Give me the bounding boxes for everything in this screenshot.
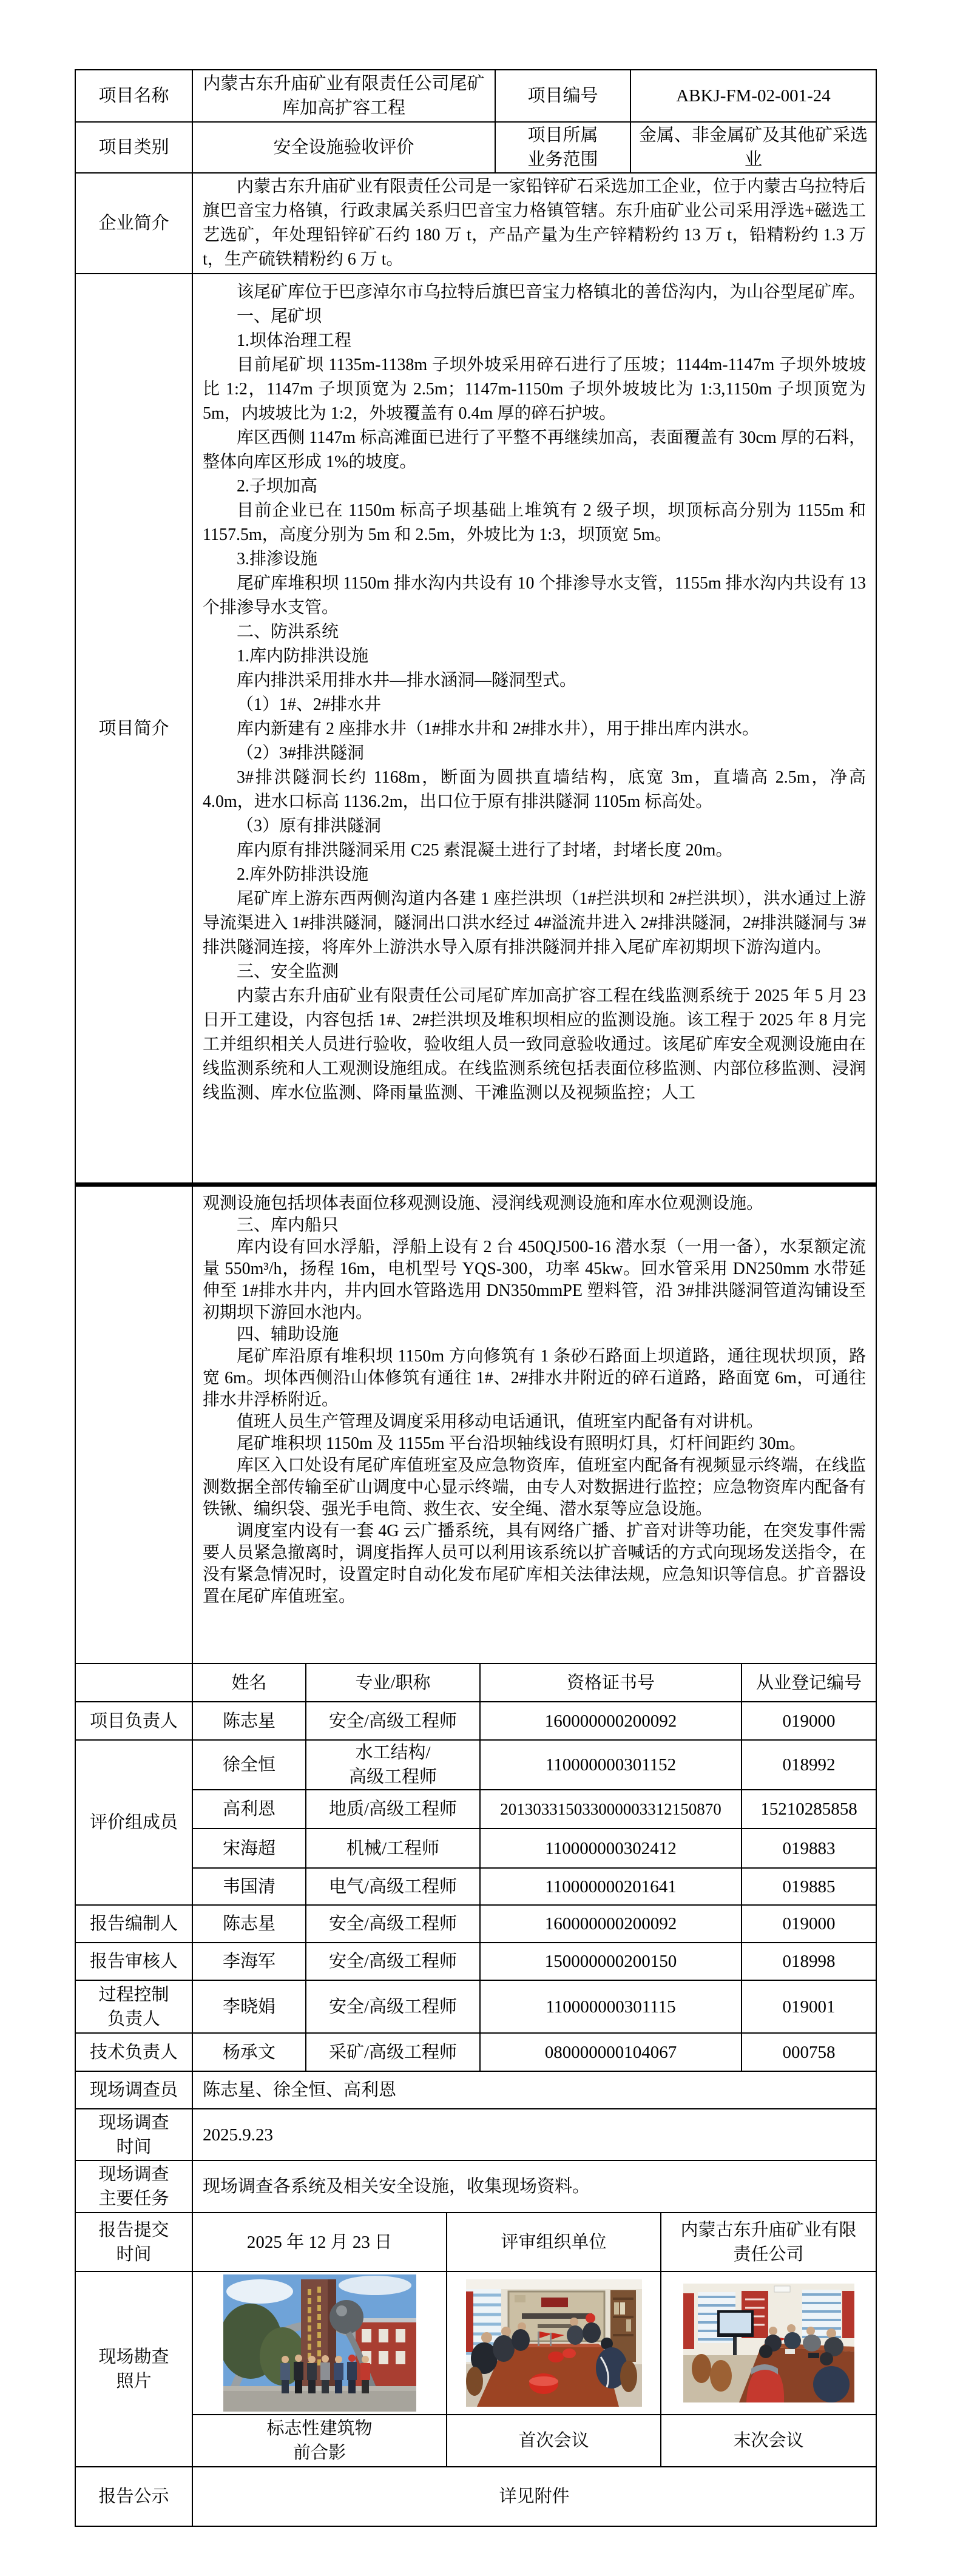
- brief-paragraph: 库内新建有 2 座排水井（1#排水井和 2#排水井），用于排出库内洪水。: [203, 717, 866, 741]
- table-row: 项目类别 安全设施验收评价 项目所属 业务范围 金属、非金属矿及其他矿采选 业: [76, 123, 876, 174]
- person-name: 陈志星: [193, 1702, 306, 1741]
- brief-paragraph: 目前尾矿坝 1135m-1138m 子坝外坡采用碎石进行了压坡；1144m-11…: [203, 353, 866, 426]
- column-header-cert: 资格证书号: [481, 1664, 742, 1702]
- brief-paragraph: 三、安全监测: [203, 960, 866, 984]
- person-title: 安全/高级工程师: [306, 1981, 481, 2034]
- person-cert: 110000000302412: [481, 1829, 742, 1869]
- person-name: 徐全恒: [193, 1741, 306, 1790]
- project-brief-label: 项目简介: [76, 274, 193, 1182]
- page-break-bar: [76, 1182, 876, 1187]
- project-name-label: 项目名称: [76, 70, 193, 123]
- brief-paragraph: 调度室内设有一套 4G 云广播系统，具有网络广播、扩音对讲等功能，在突发事件需要…: [203, 1520, 866, 1608]
- project-info-table: 项目名称 内蒙古东升庙矿业有限责任公司尾矿 库加高扩容工程 项目编号 ABKJ-…: [75, 69, 877, 2527]
- person-cert: 150000000200150: [481, 1943, 742, 1981]
- person-reg: 019883: [742, 1829, 876, 1869]
- person-reg: 019000: [742, 1702, 876, 1741]
- photo-first-meeting-image: [466, 2279, 642, 2407]
- survey-staff-label: 现场调查员: [76, 2072, 193, 2109]
- company-profile-text: 内蒙古东升庙矿业有限责任公司是一家铅锌矿石采选加工企业，位于内蒙古乌拉特后旗巴音…: [193, 174, 876, 274]
- personnel-row: 高利恩 地质/高级工程师 201303315033000003312150870…: [193, 1790, 876, 1829]
- project-code-value: ABKJ-FM-02-001-24: [631, 70, 876, 123]
- role-label: 报告编制人: [76, 1906, 193, 1943]
- person-reg: 019001: [742, 1981, 876, 2034]
- table-row: 报告提交 时间 2025 年 12 月 23 日 评审组织单位 内蒙古东升庙矿业…: [76, 2213, 876, 2272]
- photo-final-meeting-image: [683, 2284, 854, 2402]
- table-row: 项目名称 内蒙古东升庙矿业有限责任公司尾矿 库加高扩容工程 项目编号 ABKJ-…: [76, 70, 876, 123]
- submission-date: 2025 年 12 月 23 日: [193, 2213, 447, 2272]
- survey-task-value: 现场调查各系统及相关安全设施，收集现场资料。: [193, 2161, 876, 2213]
- person-title: 水工结构/ 高级工程师: [306, 1741, 481, 1790]
- photos-label: 现场勘查 照片: [76, 2272, 193, 2467]
- brief-paragraph: 四、辅助设施: [203, 1324, 866, 1346]
- table-row: 观测设施包括坝体表面位移观测设施、浸润线观测设施和库水位观测设施。 三、库内船只…: [76, 1187, 876, 1664]
- column-header-title: 专业/职称: [306, 1664, 481, 1702]
- project-name-value: 内蒙古东升庙矿业有限责任公司尾矿 库加高扩容工程: [193, 70, 496, 123]
- brief-paragraph: 库内排洪采用排水井—排水涵洞—隧洞型式。: [203, 669, 866, 693]
- brief-paragraph: 内蒙古东升庙矿业有限责任公司尾矿库加高扩容工程在线监测系统于 2025 年 5 …: [203, 984, 866, 1105]
- personnel-row-reviewer: 报告审核人 李海军 安全/高级工程师 150000000200150 01899…: [76, 1943, 876, 1981]
- person-cert: 080000000104067: [481, 2034, 742, 2072]
- person-name: 韦国清: [193, 1869, 306, 1906]
- company-profile-label: 企业简介: [76, 174, 193, 274]
- project-type-value: 安全设施验收评价: [193, 123, 496, 174]
- person-cert: 201303315033000003312150870: [481, 1790, 742, 1829]
- review-org-label: 评审组织单位: [447, 2213, 661, 2272]
- person-name: 高利恩: [193, 1790, 306, 1829]
- person-reg: 000758: [742, 2034, 876, 2072]
- personnel-row-leader: 项目负责人 陈志星 安全/高级工程师 160000000200092 01900…: [76, 1702, 876, 1741]
- person-name: 宋海超: [193, 1829, 306, 1869]
- role-label: 评价组成员: [76, 1741, 193, 1906]
- person-reg: 019000: [742, 1906, 876, 1943]
- brief-paragraph: 库内原有排洪隧洞采用 C25 素混凝土进行了封堵，封堵长度 20m。: [203, 838, 866, 863]
- brief-paragraph: 尾矿库堆积坝 1150m 排水沟内共设有 10 个排渗导水支管，1155m 排水…: [203, 572, 866, 620]
- brief-paragraph: 库内设有回水浮船，浮船上设有 2 台 450QJ500-16 潜水泵（一用一备）…: [203, 1236, 866, 1324]
- role-label: 过程控制 负责人: [76, 1981, 193, 2034]
- project-type-label: 项目类别: [76, 123, 193, 174]
- brief-paragraph: 尾矿库上游东西两侧沟道内各建 1 座拦洪坝（1#拦洪坝和 2#拦洪坝），洪水通过…: [203, 887, 866, 960]
- personnel-row: 徐全恒 水工结构/ 高级工程师 110000000301152 018992: [193, 1741, 876, 1790]
- personnel-row: 韦国清 电气/高级工程师 110000000201641 019885: [193, 1869, 876, 1906]
- photos-group: 现场勘查 照片: [76, 2272, 876, 2467]
- person-name: 杨承文: [193, 2034, 306, 2072]
- personnel-row: 宋海超 机械/工程师 110000000302412 019883: [193, 1829, 876, 1869]
- photo-cell-final-meeting: [661, 2272, 876, 2415]
- role-label: 报告审核人: [76, 1943, 193, 1981]
- brief-paragraph: 1.库内防排洪设施: [203, 644, 866, 669]
- table-row: 现场调查 时间 2025.9.23: [76, 2109, 876, 2161]
- table-row: 现场调查员 陈志星、徐全恒、高利恩: [76, 2072, 876, 2109]
- personnel-row-compiler: 报告编制人 陈志星 安全/高级工程师 160000000200092 01900…: [76, 1906, 876, 1943]
- photo-caption-final-meeting: 末次会议: [661, 2415, 876, 2467]
- brief-paragraph: 一、尾矿坝: [203, 305, 866, 329]
- table-row: 现场调查 主要任务 现场调查各系统及相关安全设施，收集现场资料。: [76, 2161, 876, 2213]
- brief-paragraph: 该尾矿库位于巴彦淖尔市乌拉特后旗巴音宝力格镇北的善岱沟内，为山谷型尾矿库。: [203, 280, 866, 305]
- photo-caption-landmark: 标志性建筑物 前合影: [193, 2415, 447, 2467]
- brief-paragraph: （2）3#排洪隧洞: [203, 741, 866, 766]
- monument-sphere: [329, 2300, 363, 2334]
- business-scope-label: 项目所属 业务范围: [496, 123, 631, 174]
- brief-paragraph: 观测设施包括坝体表面位移观测设施、浸润线观测设施和库水位观测设施。: [203, 1193, 866, 1215]
- brief-paragraph: 三、库内船只: [203, 1215, 866, 1236]
- personnel-row-process: 过程控制 负责人 李晓娟 安全/高级工程师 110000000301115 01…: [76, 1981, 876, 2034]
- person-title: 安全/高级工程师: [306, 1702, 481, 1741]
- survey-staff-value: 陈志星、徐全恒、高利恩: [193, 2072, 876, 2109]
- project-brief-label-continued: [76, 1187, 193, 1664]
- submission-label: 报告提交 时间: [76, 2213, 193, 2272]
- brief-paragraph: 3#排洪隧洞长约 1168m，断面为圆拱直墙结构，底宽 3m，直墙高 2.5m，…: [203, 766, 866, 814]
- person-name: 李海军: [193, 1943, 306, 1981]
- personnel-header-empty: [76, 1664, 193, 1702]
- brief-paragraph: 2.库外防排洪设施: [203, 863, 866, 887]
- personnel-header-row: 姓名 专业/职称 资格证书号 从业登记编号: [76, 1664, 876, 1702]
- person-title: 安全/高级工程师: [306, 1906, 481, 1943]
- project-code-label: 项目编号: [496, 70, 631, 123]
- brief-paragraph: （1）1#、2#排水井: [203, 693, 866, 717]
- person-cert: 110000000201641: [481, 1869, 742, 1906]
- brief-paragraph: 3.排渗设施: [203, 547, 866, 572]
- person-reg: 018998: [742, 1943, 876, 1981]
- photo-landmark-image: [223, 2274, 416, 2412]
- person-title: 机械/工程师: [306, 1829, 481, 1869]
- publicity-label: 报告公示: [76, 2467, 193, 2526]
- brief-paragraph: 尾矿库沿原有堆积坝 1150m 方向修筑有 1 条砂石路面上坝道路，通往现状坝顶…: [203, 1346, 866, 1411]
- table-row: 报告公示 详见附件: [76, 2467, 876, 2526]
- person-cert: 110000000301152: [481, 1741, 742, 1790]
- person-title: 采矿/高级工程师: [306, 2034, 481, 2072]
- person-name: 陈志星: [193, 1906, 306, 1943]
- brief-paragraph: （3）原有排洪隧洞: [203, 814, 866, 838]
- person-name: 李晓娟: [193, 1981, 306, 2034]
- column-header-name: 姓名: [193, 1664, 306, 1702]
- document-page: 项目名称 内蒙古东升庙矿业有限责任公司尾矿 库加高扩容工程 项目编号 ABKJ-…: [0, 0, 963, 2576]
- brief-paragraph: 值班人员生产管理及调度采用移动电话通讯，值班室内配备有对讲机。: [203, 1411, 866, 1433]
- person-cert: 160000000200092: [481, 1702, 742, 1741]
- person-reg: 018992: [742, 1741, 876, 1790]
- brief-paragraph: 库区西侧 1147m 标高滩面已进行了平整不再继续加高，表面覆盖有 30cm 厚…: [203, 426, 866, 474]
- review-org-value: 内蒙古东升庙矿业有限 责任公司: [661, 2213, 876, 2272]
- survey-time-label: 现场调查 时间: [76, 2109, 193, 2161]
- table-row: 项目简介 该尾矿库位于巴彦淖尔市乌拉特后旗巴音宝力格镇北的善岱沟内，为山谷型尾矿…: [76, 274, 876, 1182]
- photo-captions-row: 标志性建筑物 前合影 首次会议 末次会议: [193, 2415, 876, 2467]
- photo-caption-first-meeting: 首次会议: [447, 2415, 661, 2467]
- photos-row: [193, 2272, 876, 2415]
- brief-paragraph: 库区入口处设有尾矿库值班室及应急物资库，值班室内配备有视频显示终端，在线监测数据…: [203, 1455, 866, 1520]
- survey-time-value: 2025.9.23: [193, 2109, 876, 2161]
- table-row: 企业简介 内蒙古东升庙矿业有限责任公司是一家铅锌矿石采选加工企业，位于内蒙古乌拉…: [76, 174, 876, 274]
- role-label: 项目负责人: [76, 1702, 193, 1741]
- brief-paragraph: 1.坝体治理工程: [203, 329, 866, 353]
- personnel-group-team: 评价组成员 徐全恒 水工结构/ 高级工程师 110000000301152 01…: [76, 1741, 876, 1906]
- brief-paragraph: 2.子坝加高: [203, 474, 866, 499]
- person-cert: 160000000200092: [481, 1906, 742, 1943]
- brief-paragraph: 二、防洪系统: [203, 620, 866, 644]
- personnel-row-technical: 技术负责人 杨承文 采矿/高级工程师 080000000104067 00075…: [76, 2034, 876, 2072]
- column-header-reg: 从业登记编号: [742, 1664, 876, 1702]
- person-title: 地质/高级工程师: [306, 1790, 481, 1829]
- company-profile-paragraph: 内蒙古东升庙矿业有限责任公司是一家铅锌矿石采选加工企业，位于内蒙古乌拉特后旗巴音…: [203, 175, 866, 272]
- photo-cell-first-meeting: [447, 2272, 661, 2415]
- survey-task-label: 现场调查 主要任务: [76, 2161, 193, 2213]
- project-brief-text-part1: 该尾矿库位于巴彦淖尔市乌拉特后旗巴音宝力格镇北的善岱沟内，为山谷型尾矿库。 一、…: [193, 274, 876, 1182]
- person-reg: 15210285858: [742, 1790, 876, 1829]
- brief-paragraph: 尾矿堆积坝 1150m 及 1155m 平台沿坝轴线设有照明灯具，灯杆间距约 3…: [203, 1433, 866, 1455]
- person-title: 电气/高级工程师: [306, 1869, 481, 1906]
- brief-paragraph: 目前企业已在 1150m 标高子坝基础上堆筑有 2 级子坝，坝顶标高分别为 11…: [203, 499, 866, 547]
- person-reg: 019885: [742, 1869, 876, 1906]
- role-label: 技术负责人: [76, 2034, 193, 2072]
- photo-cell-landmark: [193, 2272, 447, 2415]
- person-cert: 110000000301115: [481, 1981, 742, 2034]
- business-scope-value: 金属、非金属矿及其他矿采选 业: [631, 123, 876, 174]
- project-brief-text-part2: 观测设施包括坝体表面位移观测设施、浸润线观测设施和库水位观测设施。 三、库内船只…: [193, 1187, 876, 1664]
- publicity-value: 详见附件: [193, 2467, 876, 2526]
- person-title: 安全/高级工程师: [306, 1943, 481, 1981]
